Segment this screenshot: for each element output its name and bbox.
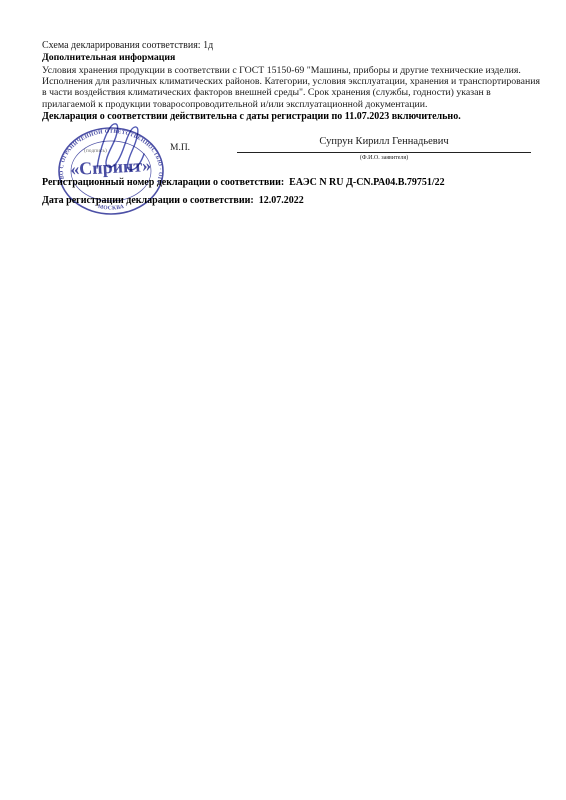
declaration-document-page: Схема декларирования соответствия: 1д До… [0, 0, 566, 800]
registration-number-value: ЕАЭС N RU Д-CN.РА04.В.79751/22 [289, 177, 444, 188]
applicant-signature-block: Супрун Кирилл Геннадьевич (Ф.И.О. заявит… [237, 136, 531, 161]
additional-info-body-line: прилагаемой к продукции товаросопроводит… [42, 99, 427, 110]
registration-date-value: 12.07.2022 [259, 195, 304, 206]
signature-handwriting [90, 118, 146, 176]
additional-info-body-line: Исполнения для различных климатических р… [42, 76, 540, 87]
scheme-line: Схема декларирования соответствия: 1д [42, 40, 213, 51]
applicant-name: Супрун Кирилл Геннадьевич [237, 136, 531, 153]
applicant-caption: (Ф.И.О. заявителя) [237, 155, 531, 161]
additional-info-body-line: Условия хранения продукции в соответстви… [42, 65, 521, 76]
stamp-ring-text-bottom: · МОСКВА · [93, 203, 128, 211]
stamp-place-label: М.П. [170, 143, 190, 153]
additional-info-header: Дополнительная информация [42, 52, 175, 63]
svg-text:· МОСКВА ·: · МОСКВА · [93, 203, 128, 211]
signature-stroke [97, 124, 144, 170]
additional-info-body-line: в части воздействия климатических фактор… [42, 87, 491, 98]
